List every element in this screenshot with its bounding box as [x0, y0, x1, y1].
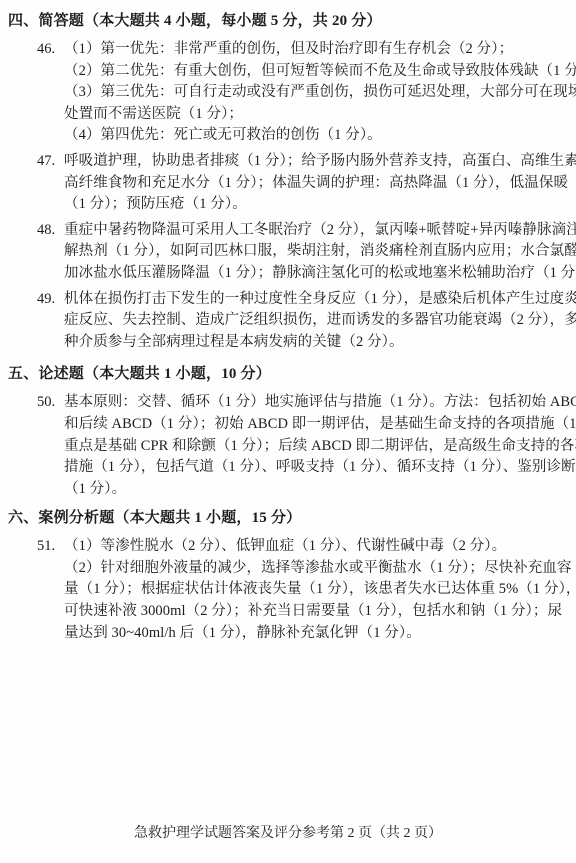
section-heading-4: 四、简答题（本大题共 4 小题，每小题 5 分，共 20 分） — [8, 10, 566, 32]
answer-line: 量（1 分）；根据症状估计体液丧失量（1 分），该患者失水已达体重 5%（1 分… — [64, 579, 576, 601]
answer-line: （2）第二优先：有重大创伤，但可短暂等候而不危及生命或导致肢体残缺（1 分）； — [64, 61, 576, 83]
question-46: 46. （1）第一优先：非常严重的创伤，但及时治疗即有生存机会（2 分）； （2… — [0, 39, 576, 147]
question-number: 51. — [37, 536, 55, 558]
page-footer: 急救护理学试题答案及评分参考第 2 页（共 2 页） — [0, 824, 576, 844]
section-heading-6: 六、案例分析题（本大题共 1 小题，15 分） — [8, 507, 566, 529]
question-number: 48. — [37, 220, 55, 242]
answer-line: 可快速补液 3000ml（2 分）；补充当日需要量（1 分），包括水和钠（1 分… — [64, 601, 576, 623]
answer-line: （1）等渗性脱水（2 分）、低钾血症（1 分）、代谢性碱中毒（2 分）。 — [64, 536, 576, 558]
question-50: 50. 基本原则：交替、循环（1 分）地实施评估与措施（1 分）。方法：包括初始… — [0, 392, 576, 500]
answer-line: 措施（1 分），包括气道（1 分）、呼吸支持（1 分）、循环支持（1 分）、鉴别… — [64, 457, 576, 479]
question-number: 46. — [37, 39, 55, 61]
section-heading-5: 五、论述题（本大题共 1 小题，10 分） — [8, 363, 566, 385]
answer-line: （1）第一优先：非常严重的创伤，但及时治疗即有生存机会（2 分）； — [64, 39, 576, 61]
answer-line: 基本原则：交替、循环（1 分）地实施评估与措施（1 分）。方法：包括初始 ABC… — [64, 392, 576, 414]
answer-line: 解热剂（1 分），如阿司匹林口服，柴胡注射，消炎痛栓剂直肠内应用；水合氯醛 — [64, 241, 576, 263]
answer-line: 重点是基础 CPR 和除颤（1 分）；后续 ABCD 即二期评估，是高级生命支持… — [64, 436, 576, 458]
answer-line: 种介质参与全部病理过程是本病发病的关键（2 分）。 — [64, 332, 576, 354]
question-number: 49. — [37, 289, 55, 311]
question-48: 48. 重症中暑药物降温可采用人工冬眠治疗（2 分），氯丙嗪+哌替啶+异丙嗪静脉… — [0, 220, 576, 285]
question-51: 51. （1）等渗性脱水（2 分）、低钾血症（1 分）、代谢性碱中毒（2 分）。… — [0, 536, 576, 644]
answer-line: （1 分）；预防压疮（1 分）。 — [64, 194, 576, 216]
document-page: 四、简答题（本大题共 4 小题，每小题 5 分，共 20 分） 46. （1）第… — [0, 0, 576, 863]
answer-line: 呼吸道护理，协助患者排痰（1 分）；给予肠内肠外营养支持，高蛋白、高维生素、 — [64, 151, 576, 173]
question-49: 49. 机体在损伤打击下发生的一种过度性全身反应（1 分），是感染后机体产生过度… — [0, 289, 576, 354]
answer-line: 机体在损伤打击下发生的一种过度性全身反应（1 分），是感染后机体产生过度炎 — [64, 289, 576, 311]
answer-line: 重症中暑药物降温可采用人工冬眠治疗（2 分），氯丙嗪+哌替啶+异丙嗪静脉滴注； — [64, 220, 576, 242]
question-number: 47. — [37, 151, 55, 173]
answer-line: （2）针对细胞外液量的减少，选择等渗盐水或平衡盐水（1 分）；尽快补充血容 — [64, 558, 576, 580]
answer-line: 量达到 30~40ml/h 后（1 分），静脉补充氯化钾（1 分）。 — [64, 623, 576, 645]
answer-line: 加冰盐水低压灌肠降温（1 分）；静脉滴注氢化可的松或地塞米松辅助治疗（1 分）。 — [64, 263, 576, 285]
answer-line: 处置而不需送医院（1 分）； — [64, 104, 576, 126]
answer-line: （3）第三优先：可自行走动或没有严重创伤，损伤可延迟处理，大部分可在现场 — [64, 82, 576, 104]
answer-line: 高纤维食物和充足水分（1 分）；体温失调的护理：高热降温（1 分），低温保暖 — [64, 173, 576, 195]
answer-line: 和后续 ABCD（1 分）；初始 ABCD 即一期评估，是基础生命支持的各项措施… — [64, 414, 576, 436]
answer-line: 症反应、失去控制、造成广泛组织损伤，进而诱发的多器官功能衰竭（2 分），多 — [64, 310, 576, 332]
answer-line: （4）第四优先：死亡或无可救治的创伤（1 分）。 — [64, 125, 576, 147]
answer-line: （1 分）。 — [64, 479, 576, 501]
question-number: 50. — [37, 392, 55, 414]
question-47: 47. 呼吸道护理，协助患者排痰（1 分）；给予肠内肠外营养支持，高蛋白、高维生… — [0, 151, 576, 216]
